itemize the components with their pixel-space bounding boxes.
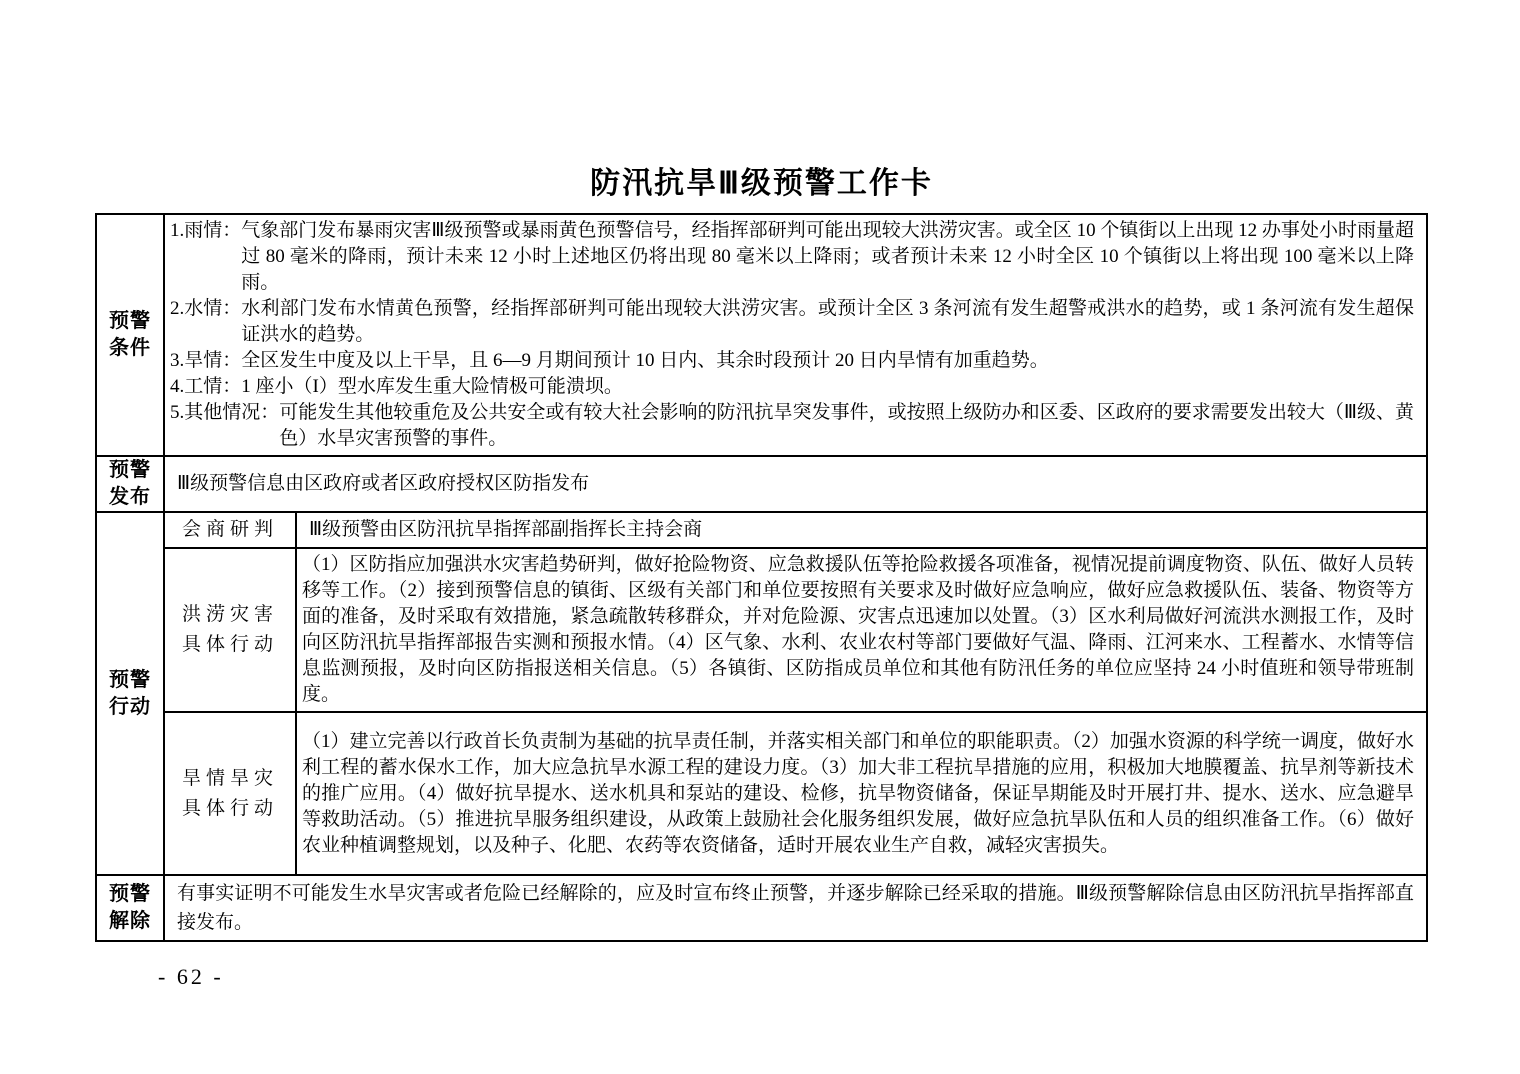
row-label-warning-removal: 预警 解除 <box>96 875 164 941</box>
condition-label: 2.水情： <box>170 296 241 348</box>
sub-label-flood-actions: 洪涝灾害 具体行动 <box>164 548 296 712</box>
sub-label-drought-actions: 旱情旱灾 具体行动 <box>164 712 296 875</box>
condition-text: 气象部门发布暴雨灾害Ⅲ级预警或暴雨黄色预警信号，经指挥部研判可能出现较大洪涝灾害… <box>241 218 1414 296</box>
warning-work-card-table: 预警 条件 1.雨情： 气象部门发布暴雨灾害Ⅲ级预警或暴雨黄色预警信号，经指挥部… <box>95 213 1428 942</box>
flood-actions-content: （1）区防指应加强洪水灾害趋势研判，做好抢险物资、应急救援队伍等抢险救援各项准备… <box>296 548 1427 712</box>
condition-text: 全区发生中度及以上干旱，且 6—9 月期间预计 10 日内、其余时段预计 20 … <box>241 348 1414 374</box>
condition-label: 3.旱情： <box>170 348 241 374</box>
condition-item-rain: 1.雨情： 气象部门发布暴雨灾害Ⅲ级预警或暴雨黄色预警信号，经指挥部研判可能出现… <box>170 218 1414 296</box>
page-number: - 62 - <box>158 964 1520 990</box>
condition-item-water: 2.水情： 水利部门发布水情黄色预警，经指挥部研判可能出现较大洪涝灾害。或预计全… <box>170 296 1414 348</box>
condition-text: 1 座小（I）型水库发生重大险情极可能溃坝。 <box>241 374 1414 400</box>
condition-label: 4.工情： <box>170 374 241 400</box>
condition-text: 水利部门发布水情黄色预警，经指挥部研判可能出现较大洪涝灾害。或预计全区 3 条河… <box>241 296 1414 348</box>
drought-actions-content: （1）建立完善以行政首长负责制为基础的抗旱责任制，并落实相关部门和单位的职能职责… <box>296 712 1427 875</box>
condition-item-engineering: 4.工情： 1 座小（I）型水库发生重大险情极可能溃坝。 <box>170 374 1414 400</box>
page-title: 防汛抗旱Ⅲ级预警工作卡 <box>95 163 1428 205</box>
row-consultation: 预警 行动 会商研判 Ⅲ级预警由区防汛抗旱指挥部副指挥长主持会商 <box>96 512 1427 548</box>
row-warning-conditions: 预警 条件 1.雨情： 气象部门发布暴雨灾害Ⅲ级预警或暴雨黄色预警信号，经指挥部… <box>96 214 1427 456</box>
sub-label-consultation: 会商研判 <box>164 512 296 548</box>
row-label-warning-release: 预警 发布 <box>96 456 164 512</box>
condition-text: 可能发生其他较重危及公共安全或有较大社会影响的防汛抗旱突发事件，或按照上级防办和… <box>279 400 1414 452</box>
row-drought-actions: 旱情旱灾 具体行动 （1）建立完善以行政首长负责制为基础的抗旱责任制，并落实相关… <box>96 712 1427 875</box>
warning-release-content: Ⅲ级预警信息由区政府或者区政府授权区防指发布 <box>164 456 1427 512</box>
warning-removal-content: 有事实证明不可能发生水旱灾害或者危险已经解除的，应及时宣布终止预警，并逐步解除已… <box>164 875 1427 941</box>
document-page: 防汛抗旱Ⅲ级预警工作卡 预警 条件 1.雨情： 气象部门发布暴雨灾害Ⅲ级预警或暴… <box>0 0 1520 1074</box>
warning-conditions-content: 1.雨情： 气象部门发布暴雨灾害Ⅲ级预警或暴雨黄色预警信号，经指挥部研判可能出现… <box>164 214 1427 456</box>
condition-item-other: 5.其他情况： 可能发生其他较重危及公共安全或有较大社会影响的防汛抗旱突发事件，… <box>170 400 1414 452</box>
row-warning-removal: 预警 解除 有事实证明不可能发生水旱灾害或者危险已经解除的，应及时宣布终止预警，… <box>96 875 1427 941</box>
row-label-warning-actions: 预警 行动 <box>96 512 164 875</box>
row-label-warning-conditions: 预警 条件 <box>96 214 164 456</box>
row-warning-release: 预警 发布 Ⅲ级预警信息由区政府或者区政府授权区防指发布 <box>96 456 1427 512</box>
row-flood-actions: 洪涝灾害 具体行动 （1）区防指应加强洪水灾害趋势研判，做好抢险物资、应急救援队… <box>96 548 1427 712</box>
condition-label: 5.其他情况： <box>170 400 279 452</box>
condition-item-drought: 3.旱情： 全区发生中度及以上干旱，且 6—9 月期间预计 10 日内、其余时段… <box>170 348 1414 374</box>
condition-label: 1.雨情： <box>170 218 241 296</box>
consultation-content: Ⅲ级预警由区防汛抗旱指挥部副指挥长主持会商 <box>296 512 1427 548</box>
